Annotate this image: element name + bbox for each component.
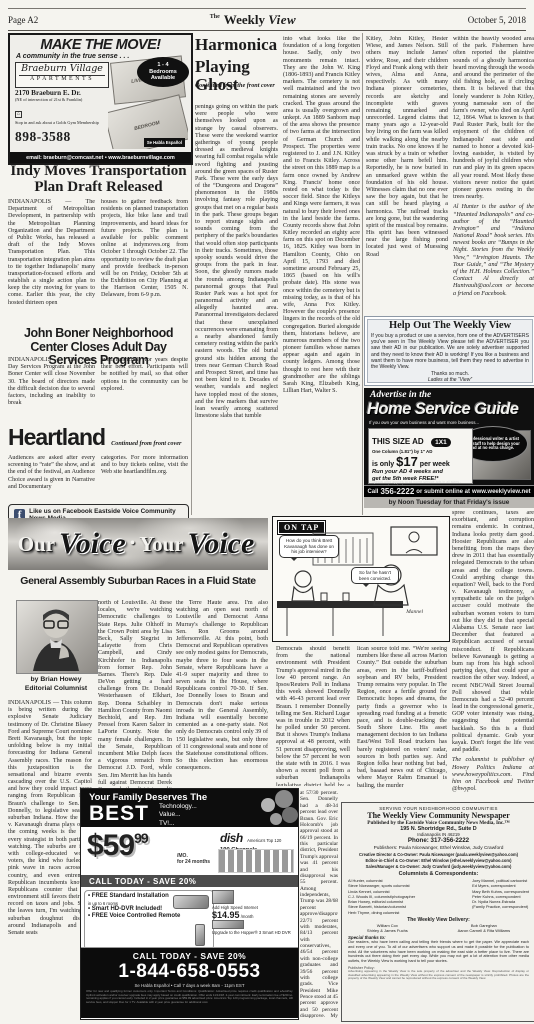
masthead-columnists-header: Columnists & Correspondents:: [342, 871, 534, 877]
hs-size-box: THIS SIZE AD 1X1 One Column (1.81″) by 1…: [368, 428, 473, 484]
masthead-role2: Editor-in-Chief & Co-Owner: Ethel Winslo…: [342, 858, 534, 863]
dish-addon1-suffix: /month: [241, 914, 254, 919]
hs-call-site: www.weeklyview.net: [472, 489, 531, 495]
banner-our: Our: [18, 532, 55, 557]
badge-line: Bedrooms: [149, 69, 177, 76]
heartland-header: Heartland Continued from front cover: [8, 424, 189, 451]
editorial-col5: lican source told me. “We're seeing numb…: [357, 646, 447, 798]
boner-col2: even financially for years despite their…: [101, 357, 188, 421]
nameplate: The Weekly View: [210, 12, 296, 28]
hs-advertise-line: Advertise in the: [364, 388, 534, 400]
staff-list-left: Al Hunter, columnist Steve Nicewanger, s…: [348, 878, 415, 915]
bedrooms-badge: 1 - 4 Bedrooms Available: [137, 57, 189, 87]
dish-call-today: CALL TODAY - SAVE 20%: [81, 948, 298, 961]
banner-your: Your: [139, 532, 183, 557]
badge-line: 1 - 4: [157, 62, 168, 69]
speech-bubble-question: How do you think Brett Kavanaugh has don…: [279, 535, 339, 558]
help-out-signoff: Ladies at the “View”: [365, 377, 534, 383]
dish-price-sub2: for 24 months: [177, 859, 210, 865]
balloons-art: [248, 789, 298, 827]
masthead-policy-body: Advertising appearing in the Weekly View…: [348, 970, 529, 981]
masthead-title: The Weekly View Community Newspaper: [342, 811, 534, 820]
brian-howey-photo: [16, 600, 98, 674]
home-service-guide-ad: Advertise in the Home Service Guide If y…: [364, 388, 534, 508]
delivery-person: Aaron Carnell & Rita Williams: [458, 928, 510, 933]
page-header: Page A2 The Weekly View October 5, 2018: [8, 8, 526, 31]
braeburn-apartments-ad: MAKE THE MOVE! A community in the true s…: [8, 33, 193, 165]
badge-line: Available: [151, 75, 175, 82]
dish-phone-number: 1-844-658-0553: [81, 961, 298, 983]
boner-col1: INDIANAPOLIS — The Adult Day Services Pr…: [8, 357, 95, 421]
dish-save-bar: CALL TODAY - SAVE 20%: [81, 875, 298, 887]
van-icon: [173, 895, 209, 909]
harmonica-headline-line1: Harmonica: [195, 36, 281, 54]
nameplate-weekly: Weekly: [224, 12, 265, 27]
dish-best: BEST: [89, 802, 149, 826]
dish-value: Value...: [159, 811, 197, 819]
dish-price-block: $5999 /MO. for 24 months dish America's …: [81, 827, 298, 875]
heartland-title: Heartland: [8, 424, 105, 451]
editorial-col4b: at 57/30 percent. Sen. Donnelly had a 48…: [300, 790, 338, 1020]
banner-voice2: Voice: [188, 527, 255, 561]
heartland-col1: Audiences are asked after every screenin…: [8, 455, 95, 501]
bullet-icon: •: [88, 906, 90, 912]
hs-call-phone: 356-2222: [380, 487, 414, 496]
editorial-byline-block: by Brian Howey Editorial Columnist: [8, 676, 104, 694]
masthead-delivery-list: William Cox Shirley & James Fuchs Bob Ga…: [342, 923, 534, 933]
staff-member: Herb Thyme, dining columnist: [348, 910, 415, 915]
cartoonist-signature: Mannel: [406, 609, 423, 615]
dish-bullet-box: • FREE Standard Installation in up to 6 …: [84, 890, 214, 950]
braeburn-address: 2170 Braeburn E. Dr.: [15, 89, 107, 97]
author-bio: Al Hunter is the author of the “Haunted …: [453, 204, 534, 297]
dish-logo: dish: [220, 831, 243, 845]
hs-price: $17: [396, 454, 418, 469]
nameplate-the: The: [210, 14, 220, 20]
dish-price-main: $59: [87, 829, 134, 862]
editorial-col4a: Democrats should benefit from the nation…: [276, 646, 350, 786]
channel-logos-grid: [218, 849, 294, 873]
heartland-continued: Continued from front cover: [111, 440, 181, 447]
heartland-col2: categories. For more information and to …: [101, 455, 188, 501]
delivery-person: Shirley & James Fuchs: [367, 928, 408, 933]
harmonica-col3: Kitley, John Kitley, Hester Wiese, and J…: [366, 36, 448, 312]
bullet-icon: •: [88, 893, 90, 899]
masthead-publishers: Publishers: Paula Nicewanger, Ethel Wins…: [342, 846, 534, 851]
harmonica-col4-text: within the heavily wooded area of the pa…: [453, 36, 534, 201]
braeburn-gym-note: Stop in and ask about a Golds Gym Member…: [15, 120, 107, 125]
newspaper-page: Page A2 The Weekly View October 5, 2018 …: [0, 0, 534, 1024]
editorial-byline-title: Editorial Columnist: [8, 685, 104, 694]
editorial-tagline: The columnist is publisher of Howey Poli…: [452, 757, 534, 793]
braeburn-brand: Braeburn Village: [16, 63, 108, 74]
paper-masthead-box: SERVING YOUR NEIGHBORHOOD COMMUNITIES Th…: [341, 802, 534, 1022]
dvr-icon: [212, 920, 244, 929]
hs-price-post: per week: [420, 461, 450, 468]
dish-tv-ad: Your Family Deserves The BEST Technology…: [80, 788, 299, 1020]
portrait-art: [17, 601, 95, 671]
hs-size-badge: 1X1: [431, 438, 451, 447]
harmonica-col1: penings going on within the park were pe…: [195, 104, 278, 516]
dish-bullet1: FREE Standard Installation: [92, 893, 169, 899]
harmonica-col4: within the heavily wooded area of the pa…: [453, 36, 534, 312]
staff-member: Steve Barnett, historian/columnist: [348, 904, 415, 909]
braeburn-headline: MAKE THE MOVE!: [10, 37, 191, 53]
dish-addon2-label: Upgrade to the Hopper® 3 Smart HD DVR: [212, 930, 296, 935]
indy-moves-col1: INDIANAPOLIS — The Department of Metropo…: [8, 199, 95, 323]
editorial-headline: General Assembly Suburban Races in a Flu…: [8, 576, 268, 587]
dish-bullet2: Smart HD-DVR Included!: [92, 906, 162, 912]
masthead-phone: Phone: 317-356-2222: [342, 837, 534, 844]
dish-tech: Technology...: [159, 803, 197, 811]
help-out-title: Help Out The Weekly View: [365, 320, 534, 331]
dish-offers: • FREE Standard Installation in up to 6 …: [81, 887, 298, 948]
nameplate-view: View: [268, 12, 296, 27]
editorial-col6-text: spree continues, taxes are exorbitant, a…: [452, 510, 534, 754]
remote-icon: [195, 924, 205, 946]
dish-bullet3: FREE Voice Controlled Remote: [92, 913, 181, 919]
braeburn-phone: 898-3588: [15, 129, 107, 145]
dish-package: America's Top 120: [247, 838, 281, 843]
help-out-box: Help Out The Weekly View If you buy a pr…: [364, 316, 534, 386]
help-out-body: If you buy a product or use a service, f…: [371, 333, 529, 370]
se-habla-badge: Se Habla Español: [144, 138, 185, 147]
editorial-col2: north of Louisville. At these locales, w…: [98, 600, 172, 790]
harmonica-continued: Continued from the front cover: [195, 82, 281, 89]
hs-size-label: THIS SIZE AD: [372, 437, 424, 446]
staff-list-right: Joey Mannel, political cartoonist Ed Mye…: [472, 878, 529, 915]
staff-member: Steve Nicewanger, sports columnist: [348, 883, 415, 888]
hs-call-pre: Call: [367, 489, 378, 495]
editorial-byline: by Brian Howey: [8, 676, 104, 685]
staff-member: (Family Practice, correspondent): [472, 904, 529, 909]
dish-fine-print: Offer for new and qualifying former cust…: [81, 988, 298, 1007]
column-rule-right: [362, 33, 363, 515]
speech-bubble-answer: So far he hasn't been convicted.: [351, 567, 399, 584]
masthead-role3: Sales/Manager & Co-Owner: Judy Crawford …: [342, 864, 534, 869]
page-number: Page A2: [8, 15, 38, 25]
indy-moves-col2: houses to gather feedback from residents…: [101, 199, 188, 323]
our-voice-banner: Our Voice • Your Voice: [8, 518, 268, 570]
masthead-staff-lists: Al Hunter, columnist Steve Nicewanger, s…: [348, 878, 529, 915]
hs-deadline-bar: by Noon Tuesday for that Friday's issue: [364, 497, 534, 508]
hs-call-post: or submit online at: [416, 489, 470, 495]
braeburn-logo: Braeburn Village APARTMENTS: [15, 62, 109, 88]
masthead-role1: Creative Director & Co-Owner: Paula Nice…: [342, 852, 534, 857]
braeburn-address-note: (NE of intersection of 21st & Franklin): [15, 97, 107, 102]
banner-voice1: Voice: [59, 527, 126, 561]
dish-tv: TV!...: [159, 820, 197, 827]
editorial-col6: spree continues, taxes are exorbitant, a…: [452, 510, 534, 800]
dish-top-band: Your Family Deserves The BEST Technology…: [81, 789, 298, 827]
harmonica-col2: into what looks like the foundation of a…: [283, 36, 360, 516]
dish-price-cents: 99: [134, 830, 148, 846]
hs-run-line1: Run your AD 4 weeks and: [372, 469, 469, 476]
braeburn-brand-sub: APARTMENTS: [19, 75, 105, 82]
editorial-col3: the Terre Haute area. I'm also watching …: [176, 600, 268, 790]
laptop-icon: [212, 890, 234, 904]
braeburn-contact-bar: email: braeburn@comcast.net • www.braebu…: [10, 152, 191, 163]
equal-housing-icon: ⌂: [15, 111, 22, 118]
braeburn-info: 2170 Braeburn E. Dr. (NE of intersection…: [15, 89, 107, 145]
banner-dot: •: [130, 535, 136, 553]
hs-price-pre: is only: [372, 461, 394, 468]
dish-addon1-price: $14.95: [212, 910, 240, 920]
issue-date: October 5, 2018: [468, 15, 526, 25]
indy-moves-headline: Indy Moves Transportation Plan Draft Rel…: [8, 164, 189, 196]
on-tap-cartoon: ON TAP How do you think Brett Kavanaugh …: [272, 516, 450, 642]
dish-phone-block: CALL TODAY - SAVE 20% 1-844-658-0553 Se …: [81, 948, 298, 1018]
dish-addons: Add High Speed Internet $14.95 /month Up…: [212, 890, 296, 944]
bullet-icon: •: [88, 913, 90, 919]
masthead-thanks-body: Our readers, who have been calling and t…: [348, 940, 529, 964]
hs-title: Home Service Guide: [364, 400, 534, 419]
hs-subline: If you own your own business and want mo…: [364, 419, 534, 427]
hs-call-bar: Call 356-2222 or submit online at www.we…: [364, 485, 534, 497]
box-label: BEDROOM: [134, 120, 161, 132]
